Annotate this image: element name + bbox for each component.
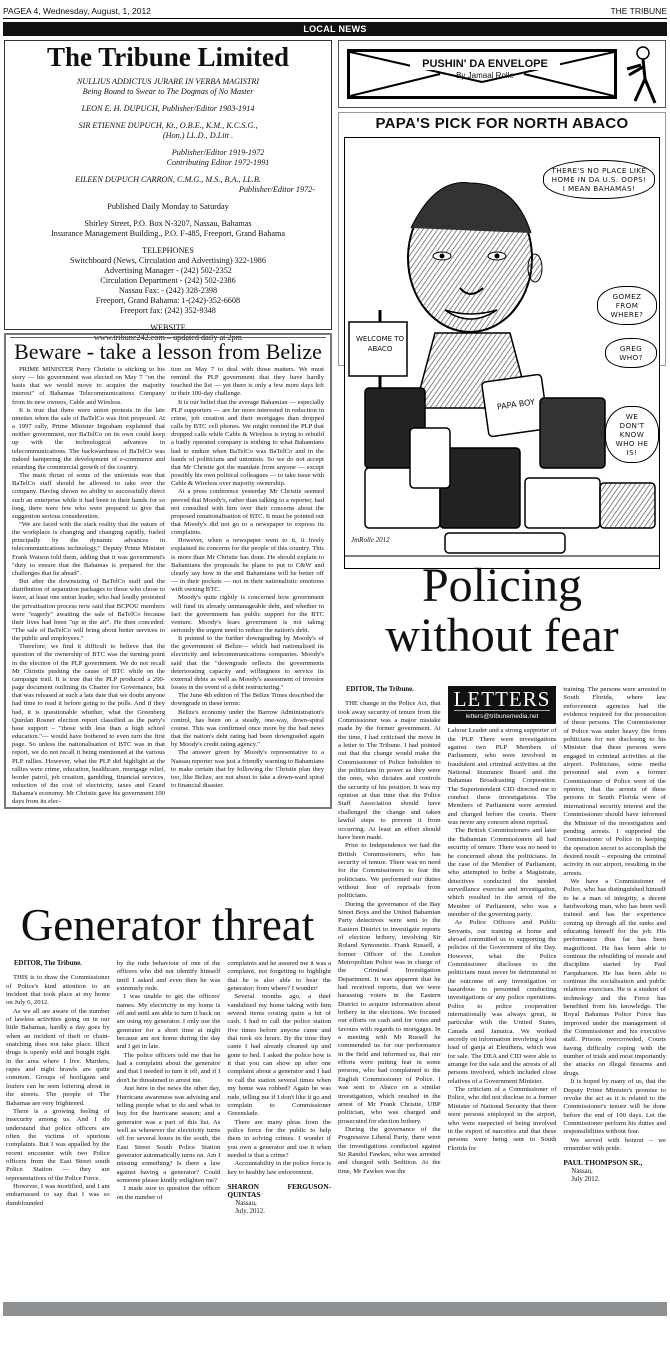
column-title: PUSHIN' DA ENVELOPE [410, 58, 560, 70]
paragraph: Labour Leader and a strong supporter of … [448, 727, 557, 827]
etienne-degrees: (Hon.) LL.D., D.Litt . [5, 131, 331, 141]
paragraph: THE change in the Police Act, that took … [338, 700, 441, 842]
letter-policing: EDITOR, The Tribune. THE change in the P… [338, 686, 666, 1184]
editorial-headline: Beware - take a lesson from Belize [6, 340, 330, 364]
address-freeport: Insurance Management Building., P.O. F-4… [5, 229, 331, 239]
paragraph: Accountability in the police force is ke… [227, 1160, 331, 1177]
editorial-column-2: tion on May 7 to deal with those matters… [171, 366, 324, 806]
letter-column-3: training. The persons were arrested in S… [563, 686, 666, 1184]
paragraph: I made sure to question the officer on t… [117, 1185, 221, 1202]
motto-translation: Being Bound to Swear to The Dogmas of No… [5, 87, 331, 97]
welcome-sign-text: WELCOME TO ABACO [353, 334, 407, 354]
paragraph: THIS is to draw the Commissioner of Poli… [6, 974, 110, 1007]
paragraph: tion on May 7 to deal with those matters… [171, 366, 324, 399]
paragraph: PRIME MINISTER Perry Christie is stickin… [12, 366, 165, 407]
paragraph: I was unable to get the officers' names.… [117, 993, 221, 1051]
phone-line: Switchboard (News, Circulation and Adver… [5, 256, 331, 266]
paragraph: training. The persons were arrested in S… [563, 686, 666, 878]
paragraph: We have a Commissioner of Police, who ha… [563, 878, 666, 1078]
cartoon-title: PAPA'S PICK FOR NORTH ABACO [343, 116, 661, 132]
motto: NULLIUS ADDICTUS JURARE IN VERBA MAGISTR… [5, 77, 331, 87]
phone-line: Freeport, Grand Bahama: 1-(242)-352-6608 [5, 296, 331, 306]
page-folio: PAGEA 4, Wednesday, August, 1, 2012 THE … [3, 6, 667, 18]
section-bar: LOCAL NEWS [3, 22, 667, 36]
letters-badge-title: LETTERS [454, 688, 551, 711]
paragraph: It is our belief that the average Bahami… [171, 399, 324, 489]
paragraph: However, I was mortified, and I am embar… [6, 1183, 110, 1208]
pushing-man-icon [621, 45, 661, 107]
paragraph: During the governance of the Progressive… [338, 1126, 441, 1176]
paragraph: The answer given by Moody's representati… [171, 749, 324, 790]
paragraph: "We are faced with the stark reality tha… [12, 521, 165, 578]
phone-line: Circulation Department - (242) 502-2386 [5, 276, 331, 286]
paragraph: As we all are aware of the number of law… [6, 1008, 110, 1108]
paragraph: The June 4th edition of The Belize Times… [171, 692, 324, 708]
editorial-body: PRIME MINISTER Perry Christie is stickin… [6, 364, 330, 808]
phone-line: Freeport fax: (242) 352-9348 [5, 306, 331, 316]
folio-paper-name: THE TRIBUNE [610, 6, 667, 18]
masthead-box: The Tribune Limited NULLIUS ADDICTUS JUR… [4, 40, 332, 330]
artist-signature: JmRolle 2012 [351, 536, 390, 544]
paragraph: Belize's economy under the Barrow Admini… [171, 709, 324, 750]
eileen-line: EILEEN DUPUCH CARRON, C.M.G., M.S., B.A.… [5, 175, 331, 185]
paragraph: The British Commissioners and later the … [448, 827, 557, 919]
masthead-title: The Tribune Limited [5, 44, 331, 71]
letter-headline-line1: Policing [338, 562, 666, 610]
letter-salutation: EDITOR, The Tribune. [346, 686, 441, 694]
speech-bubble-greg: GREG WHO? [605, 338, 657, 368]
speech-bubble-gomez: GOMEZ FROM WHERE? [597, 286, 657, 325]
letter-column-2: by the rude behaviour of one of the offi… [117, 960, 221, 1216]
etienne-role2: Contributing Editor 1972-1991 [5, 158, 331, 168]
speech-bubble-main: THERE'S NO PLACE LIKE HOME IN DA U.S. OO… [543, 160, 655, 199]
speech-bubble-unknown: WE DON'T KNOW WHO HE IS! [605, 406, 659, 463]
website-heading: WEBSITE [5, 323, 331, 333]
etienne-role1: Publisher/Editor 1919-1972 [5, 148, 331, 158]
paragraph: Therefore, we find it difficult to belie… [12, 643, 165, 806]
letter-column-1: EDITOR, The Tribune. THIS is to draw the… [6, 960, 110, 1216]
paragraph: The police officers told me that he had … [117, 1052, 221, 1085]
paragraph: Several months ago, a thief vandalised m… [227, 993, 331, 1118]
letter-generator: EDITOR, The Tribune. THIS is to draw the… [6, 960, 331, 1216]
cartoon-header-box: PUSHIN' DA ENVELOPE By Jamaal Rolle [338, 40, 666, 108]
paragraph: Just here in the news the other day, Hur… [117, 1085, 221, 1185]
footer-bar [3, 1302, 667, 1316]
paragraph: The main thrust of some of the unionists… [12, 472, 165, 521]
letter-signature-name: PAUL THOMPSON SR., [563, 1159, 666, 1167]
letter-column-2: LETTERS letters@tribunemedia.net Labour … [448, 686, 557, 1184]
eileen-role: Publisher/Editor 1972- [5, 185, 331, 195]
paragraph: It is hoped by many of us, that the Depu… [563, 1078, 666, 1136]
letter-column-3: complaints and he assured me it was a co… [227, 960, 331, 1216]
paragraph: by the rude behaviour of one of the offi… [117, 960, 221, 993]
paragraph: During the governance of the Bay Street … [338, 901, 441, 1126]
paragraph: It pointed to the further downgrading by… [171, 635, 324, 692]
phone-line: Nassau Fax: - (242) 328-2398 [5, 286, 331, 296]
founder-line: LEON E. H. DUPUCH, Publisher/Editor 1903… [5, 104, 331, 114]
editorial-box: Beware - take a lesson from Belize PRIME… [4, 333, 332, 809]
etienne-line: SIR ETIENNE DUPUCH, Kt., O.B.E., K.M., K… [5, 121, 331, 131]
paragraph: However, when a newspaper went to it, it… [171, 537, 324, 594]
paragraph: The criticism of a Commissioner of Polic… [448, 1086, 557, 1153]
letter-signature-place: Nassau, [563, 1168, 666, 1176]
column-byline: By Jamaal Rolle [410, 71, 560, 80]
folio-date: PAGEA 4, Wednesday, August, 1, 2012 [3, 6, 151, 18]
paragraph: complaints and he assured me it was a co… [227, 960, 331, 993]
top-rule [3, 18, 667, 19]
paragraph: We served with honour – we remember with… [563, 1137, 666, 1154]
letter-signature-place: Nassau, [227, 1200, 331, 1208]
paragraph: As Police Officers and Public Servants, … [448, 919, 557, 1086]
letters-badge: LETTERS letters@tribunemedia.net [448, 686, 557, 724]
paragraph: Moody's quite rightly is concerned how g… [171, 594, 324, 635]
cartoon-box: PAPA'S PICK FOR NORTH ABACO [338, 112, 666, 366]
letter-signature-date: July 2012. [563, 1176, 666, 1184]
phone-line: Advertising Manager - (242) 502-2352 [5, 266, 331, 276]
envelope-icon: PUSHIN' DA ENVELOPE By Jamaal Rolle [347, 49, 617, 99]
paragraph: But after the downsizing of BaTelCo staf… [12, 578, 165, 643]
telephones-heading: TELEPHONES [5, 246, 331, 256]
cartoon-illustration: WELCOME TO ABACO PAPA BOY THERE'S NO PLA… [344, 137, 660, 569]
paragraph: There is a growing feeling of insecurity… [6, 1108, 110, 1183]
paragraph: Prior to Independence we had the British… [338, 842, 441, 900]
letter-signature-name: SHARON FERGUSON-QUINTAS [227, 1183, 331, 1200]
generator-headline: Generator threat [0, 900, 335, 950]
letter-salutation: EDITOR, The Tribune. [14, 960, 110, 968]
address-nassau: Shirley Street, P.O. Box N-3207, Nassau,… [5, 219, 331, 229]
letter-column-1: EDITOR, The Tribune. THE change in the P… [338, 686, 441, 1184]
letter-headline-line2: without fear [338, 612, 666, 660]
letters-email-link[interactable]: letters@tribunemedia.net [448, 713, 557, 721]
paragraph: It is true that there were union protest… [12, 407, 165, 472]
paragraph: At a press conference yesterday Mr Chris… [171, 488, 324, 537]
letter-signature-date: July, 2012. [227, 1208, 331, 1216]
publication-schedule: Published Daily Monday to Saturday [5, 202, 331, 212]
paragraph: There are many pleas from the police for… [227, 1119, 331, 1161]
editorial-column-1: PRIME MINISTER Perry Christie is stickin… [12, 366, 165, 806]
